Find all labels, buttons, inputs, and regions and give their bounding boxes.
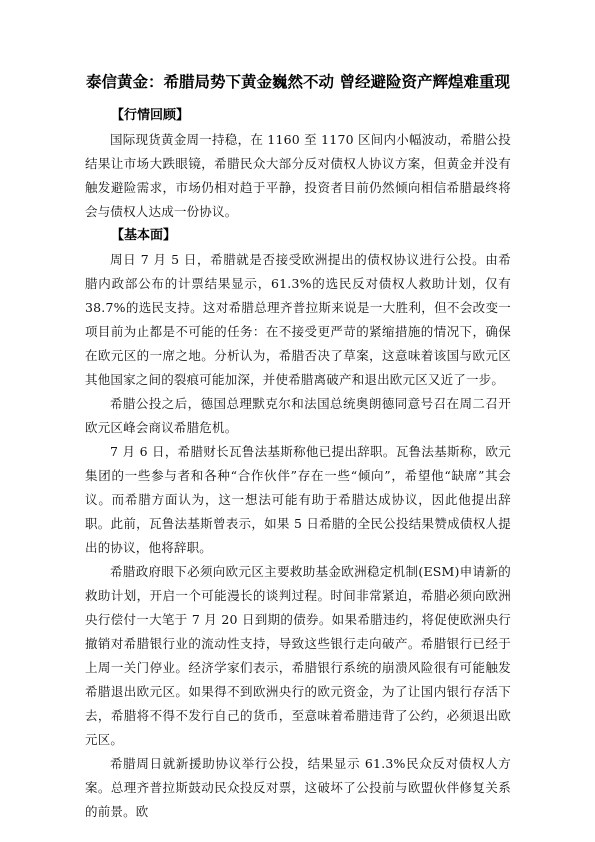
article-title: 泰信黄金：希腊局势下黄金巍然不动 曾经避险资产辉煌难重现 [85, 70, 511, 94]
document-page: 泰信黄金：希腊局势下黄金巍然不动 曾经避险资产辉煌难重现 【行情回顾】 国际现货… [0, 0, 595, 842]
paragraph-market-review-1: 国际现货黄金周一持稳，在 1160 至 1170 区间内小幅波动，希腊公投结果让… [85, 128, 511, 224]
section-heading-market-review: 【行情回顾】 [85, 104, 511, 128]
paragraph-fundamentals-1: 周日 7 月 5 日，希腊就是否接受欧洲提出的债权协议进行公投。由希腊内政部公布… [85, 248, 511, 392]
section-heading-fundamentals: 【基本面】 [85, 224, 511, 248]
section-market-review: 【行情回顾】 国际现货黄金周一持稳，在 1160 至 1170 区间内小幅波动，… [85, 104, 511, 224]
section-fundamentals: 【基本面】 周日 7 月 5 日，希腊就是否接受欧洲提出的债权协议进行公投。由希… [85, 224, 511, 824]
paragraph-fundamentals-5: 希腊周日就新援助协议举行公投，结果显示 61.3%民众反对债权人方案。总理齐普拉… [85, 752, 511, 824]
paragraph-fundamentals-3: 7 月 6 日，希腊财长瓦鲁法基斯称他已提出辞职。瓦鲁法基斯称，欧元集团的一些参… [85, 440, 511, 560]
paragraph-fundamentals-2: 希腊公投之后，德国总理默克尔和法国总统奥朗德同意号召在周二召开欧元区峰会商议希腊… [85, 392, 511, 440]
paragraph-fundamentals-4: 希腊政府眼下必须向欧元区主要救助基金欧洲稳定机制(ESM)申请新的救助计划，开启… [85, 560, 511, 752]
